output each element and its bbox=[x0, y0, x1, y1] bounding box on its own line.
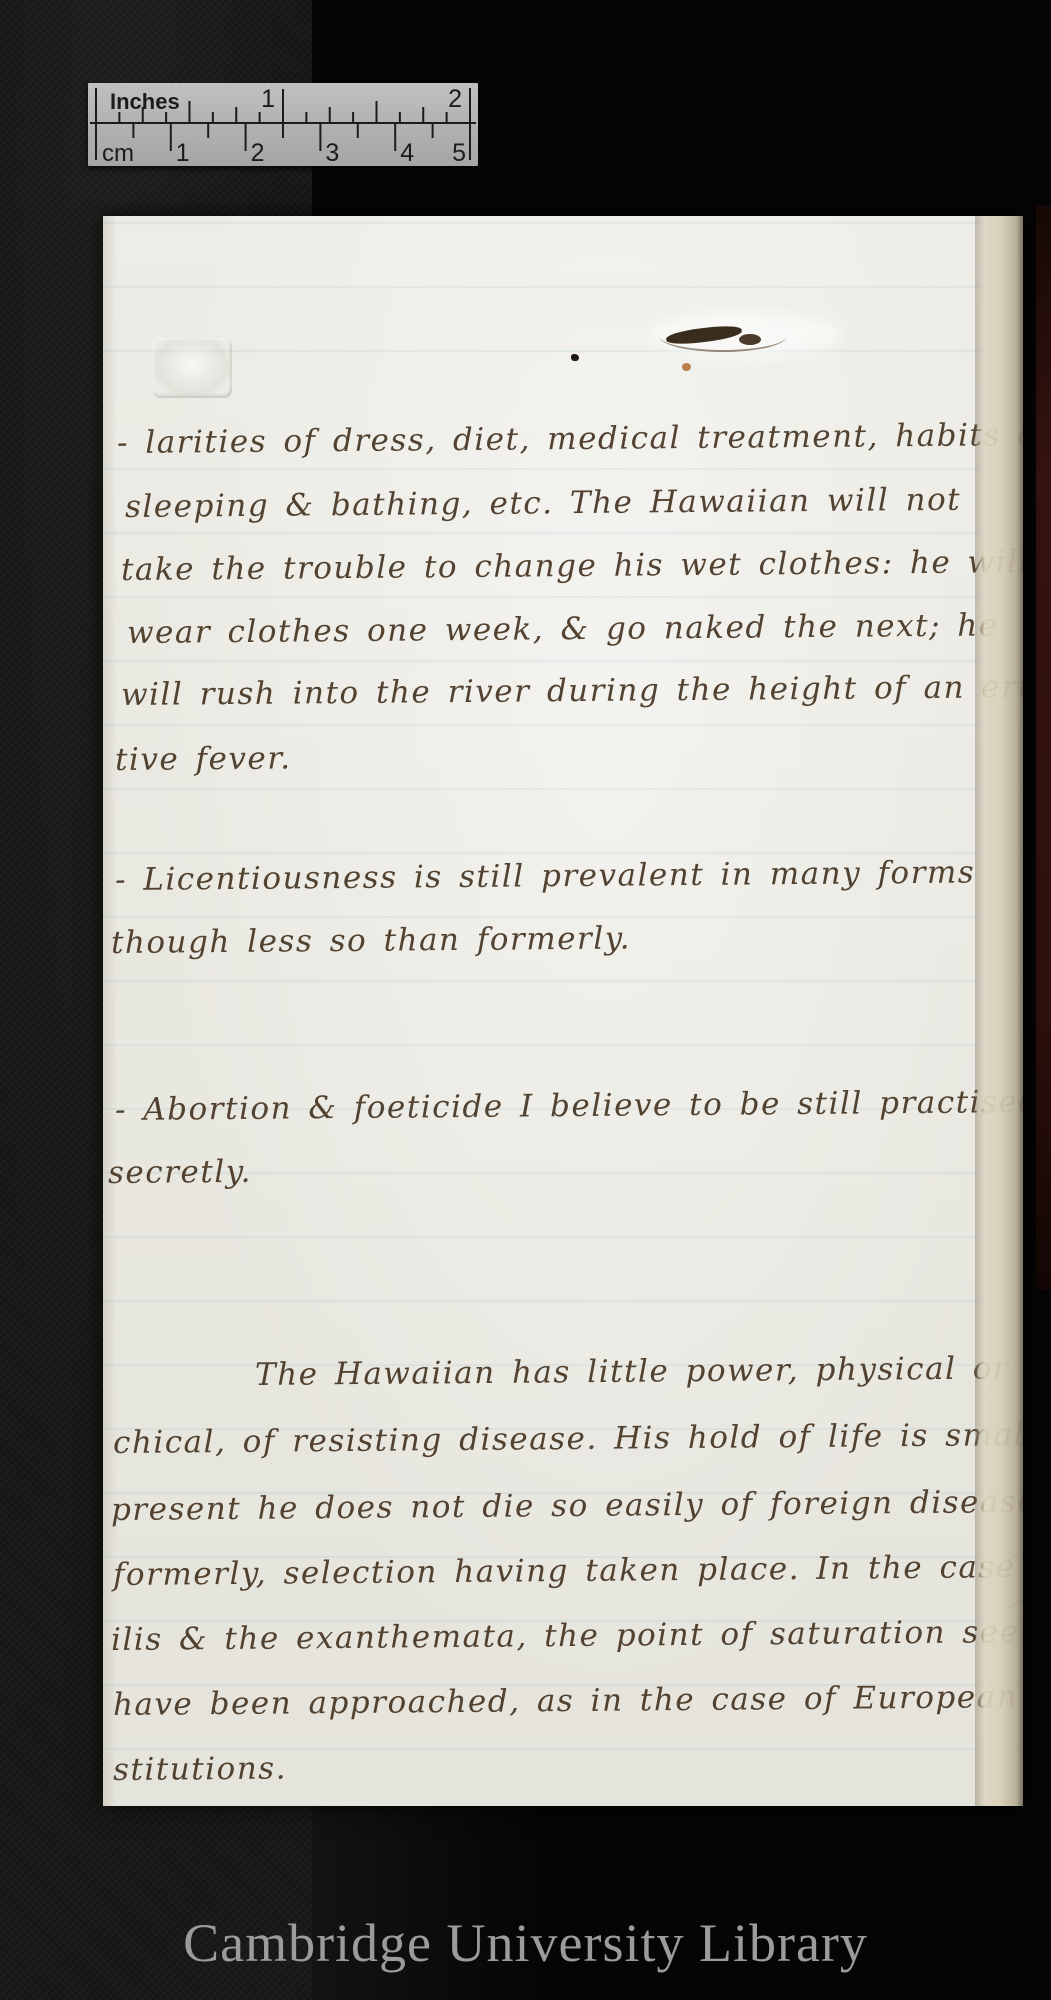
manuscript-line: tive fever. bbox=[115, 743, 292, 776]
manuscript-line: formerly, selection having taken place. … bbox=[113, 1551, 1023, 1591]
ruler-inches-label: Inches bbox=[110, 89, 180, 114]
photograph-canvas: 12Inches12345cm - larities of dress, die… bbox=[0, 0, 1051, 2000]
ink-blot bbox=[739, 334, 761, 345]
manuscript-line: will rush into the river during the heig… bbox=[121, 672, 1023, 711]
manuscript-line: sleeping & bathing, etc. The Hawaiian wi… bbox=[125, 485, 961, 523]
measurement-ruler: 12Inches12345cm bbox=[88, 83, 478, 166]
manuscript-line: - Licentiousness is still prevalent in m… bbox=[115, 857, 976, 896]
manuscript-line: ilis & the exanthemata, the point of sat… bbox=[111, 1616, 1023, 1656]
manuscript-line: stitutions. bbox=[113, 1753, 287, 1786]
ruler-cm-number: 3 bbox=[325, 139, 339, 166]
embossed-stamp bbox=[152, 338, 232, 398]
manuscript-line: chical, of resisting disease. His hold o… bbox=[113, 1419, 1023, 1459]
ruler-inch-number: 2 bbox=[448, 85, 462, 113]
page-binding-edge bbox=[975, 216, 1023, 1806]
manuscript-line: - larities of dress, diet, medical treat… bbox=[117, 420, 1023, 459]
ruler-cm-number: 1 bbox=[176, 139, 190, 166]
manuscript-line: present he does not die so easily of for… bbox=[111, 1486, 1023, 1526]
ruler-scale: 12Inches12345cm bbox=[88, 83, 478, 166]
paper-hole-speck bbox=[571, 354, 579, 361]
manuscript-page: - larities of dress, diet, medical treat… bbox=[103, 216, 1023, 1806]
ruler-inch-number: 1 bbox=[261, 85, 275, 113]
library-watermark: Cambridge University Library bbox=[0, 1912, 1051, 1974]
manuscript-line: secretly. bbox=[108, 1157, 252, 1189]
manuscript-line: wear clothes one week, & go naked the ne… bbox=[127, 610, 999, 649]
ruler-cm-number: 2 bbox=[251, 139, 265, 166]
foxing-spot bbox=[682, 363, 691, 371]
binding-spine-strip bbox=[1036, 205, 1051, 1290]
manuscript-line: though less so than formerly. bbox=[111, 923, 631, 959]
ruler-cm-label: cm bbox=[102, 140, 134, 166]
manuscript-line: take the trouble to change his wet cloth… bbox=[121, 547, 1023, 586]
manuscript-line: - Abortion & foeticide I believe to be s… bbox=[115, 1087, 1023, 1126]
ruler-cm-number: 4 bbox=[400, 139, 414, 166]
manuscript-line: The Hawaiian has little power, physical … bbox=[255, 1353, 1023, 1391]
manuscript-line: have been approached, as in the case of … bbox=[113, 1681, 1023, 1721]
ruler-cm-number: 5 bbox=[452, 139, 466, 166]
